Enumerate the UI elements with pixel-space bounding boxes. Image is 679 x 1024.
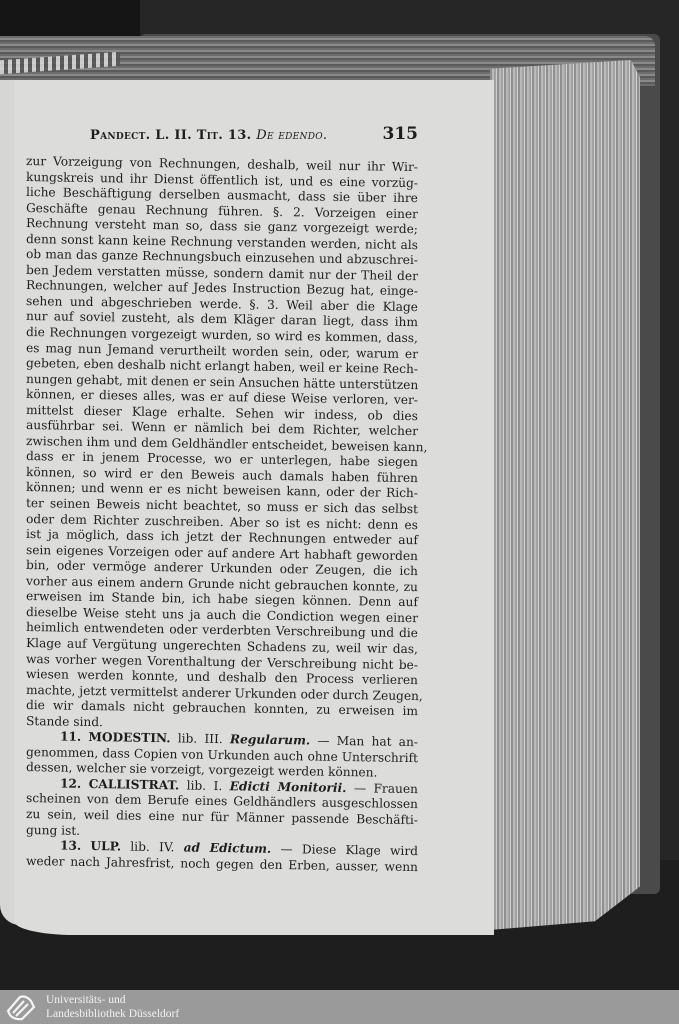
section-number: 12. bbox=[60, 776, 81, 790]
section-book: lib. III. bbox=[178, 732, 223, 747]
institution-name[interactable]: Universitäts- und Landesbibliothek Düsse… bbox=[46, 993, 179, 1021]
section-author: MODESTIN. bbox=[88, 730, 170, 745]
section-author: CALLISTRAT. bbox=[89, 777, 180, 792]
section-book: lib. I. bbox=[187, 778, 223, 793]
section-text: — Diese Klage wird bbox=[280, 842, 418, 858]
book-icon[interactable] bbox=[4, 993, 38, 1021]
section-11: 11. MODESTIN. lib. III. Regularum. — Man… bbox=[26, 729, 418, 776]
section-book: lib. IV. bbox=[130, 840, 174, 855]
page-number: 315 bbox=[383, 124, 419, 144]
section-work: ad Edictum. bbox=[184, 841, 272, 856]
running-title: Pandect. L. II. Tit. 13. De edendo. bbox=[90, 128, 327, 143]
section-12: 12. CALLISTRAT. lib. I. Edicti Monitorii… bbox=[26, 776, 418, 838]
footer-bar: Universitäts- und Landesbibliothek Düsse… bbox=[0, 990, 679, 1024]
running-title-text: Pandect. L. II. Tit. 13. bbox=[90, 128, 251, 143]
running-head: Pandect. L. II. Tit. 13. De edendo. 315 bbox=[26, 124, 418, 144]
section-13: 13. ULP. lib. IV. ad Edictum. — Diese Kl… bbox=[26, 838, 418, 869]
section-work: Regularum. bbox=[230, 732, 310, 747]
section-number: 13. bbox=[60, 839, 81, 853]
book-fore-edge bbox=[490, 60, 640, 930]
page-text: Pandect. L. II. Tit. 13. De edendo. 315 … bbox=[26, 124, 418, 869]
section-number: 11. bbox=[60, 730, 81, 744]
scan-background-corner bbox=[0, 0, 140, 40]
body-text: zur Vorzeigung von Rechnungen, deshalb, … bbox=[26, 154, 418, 729]
institution-line-1: Universitäts- und bbox=[46, 993, 179, 1007]
running-subtitle: De edendo. bbox=[256, 128, 327, 143]
section-author: ULP. bbox=[90, 839, 121, 853]
section-work: Edicti Monitorii. bbox=[230, 779, 347, 795]
section-text: — Man hat an- bbox=[317, 734, 418, 750]
section-text: — Frauen bbox=[354, 781, 418, 796]
institution-line-2: Landesbibliothek Düsseldorf bbox=[46, 1007, 179, 1021]
